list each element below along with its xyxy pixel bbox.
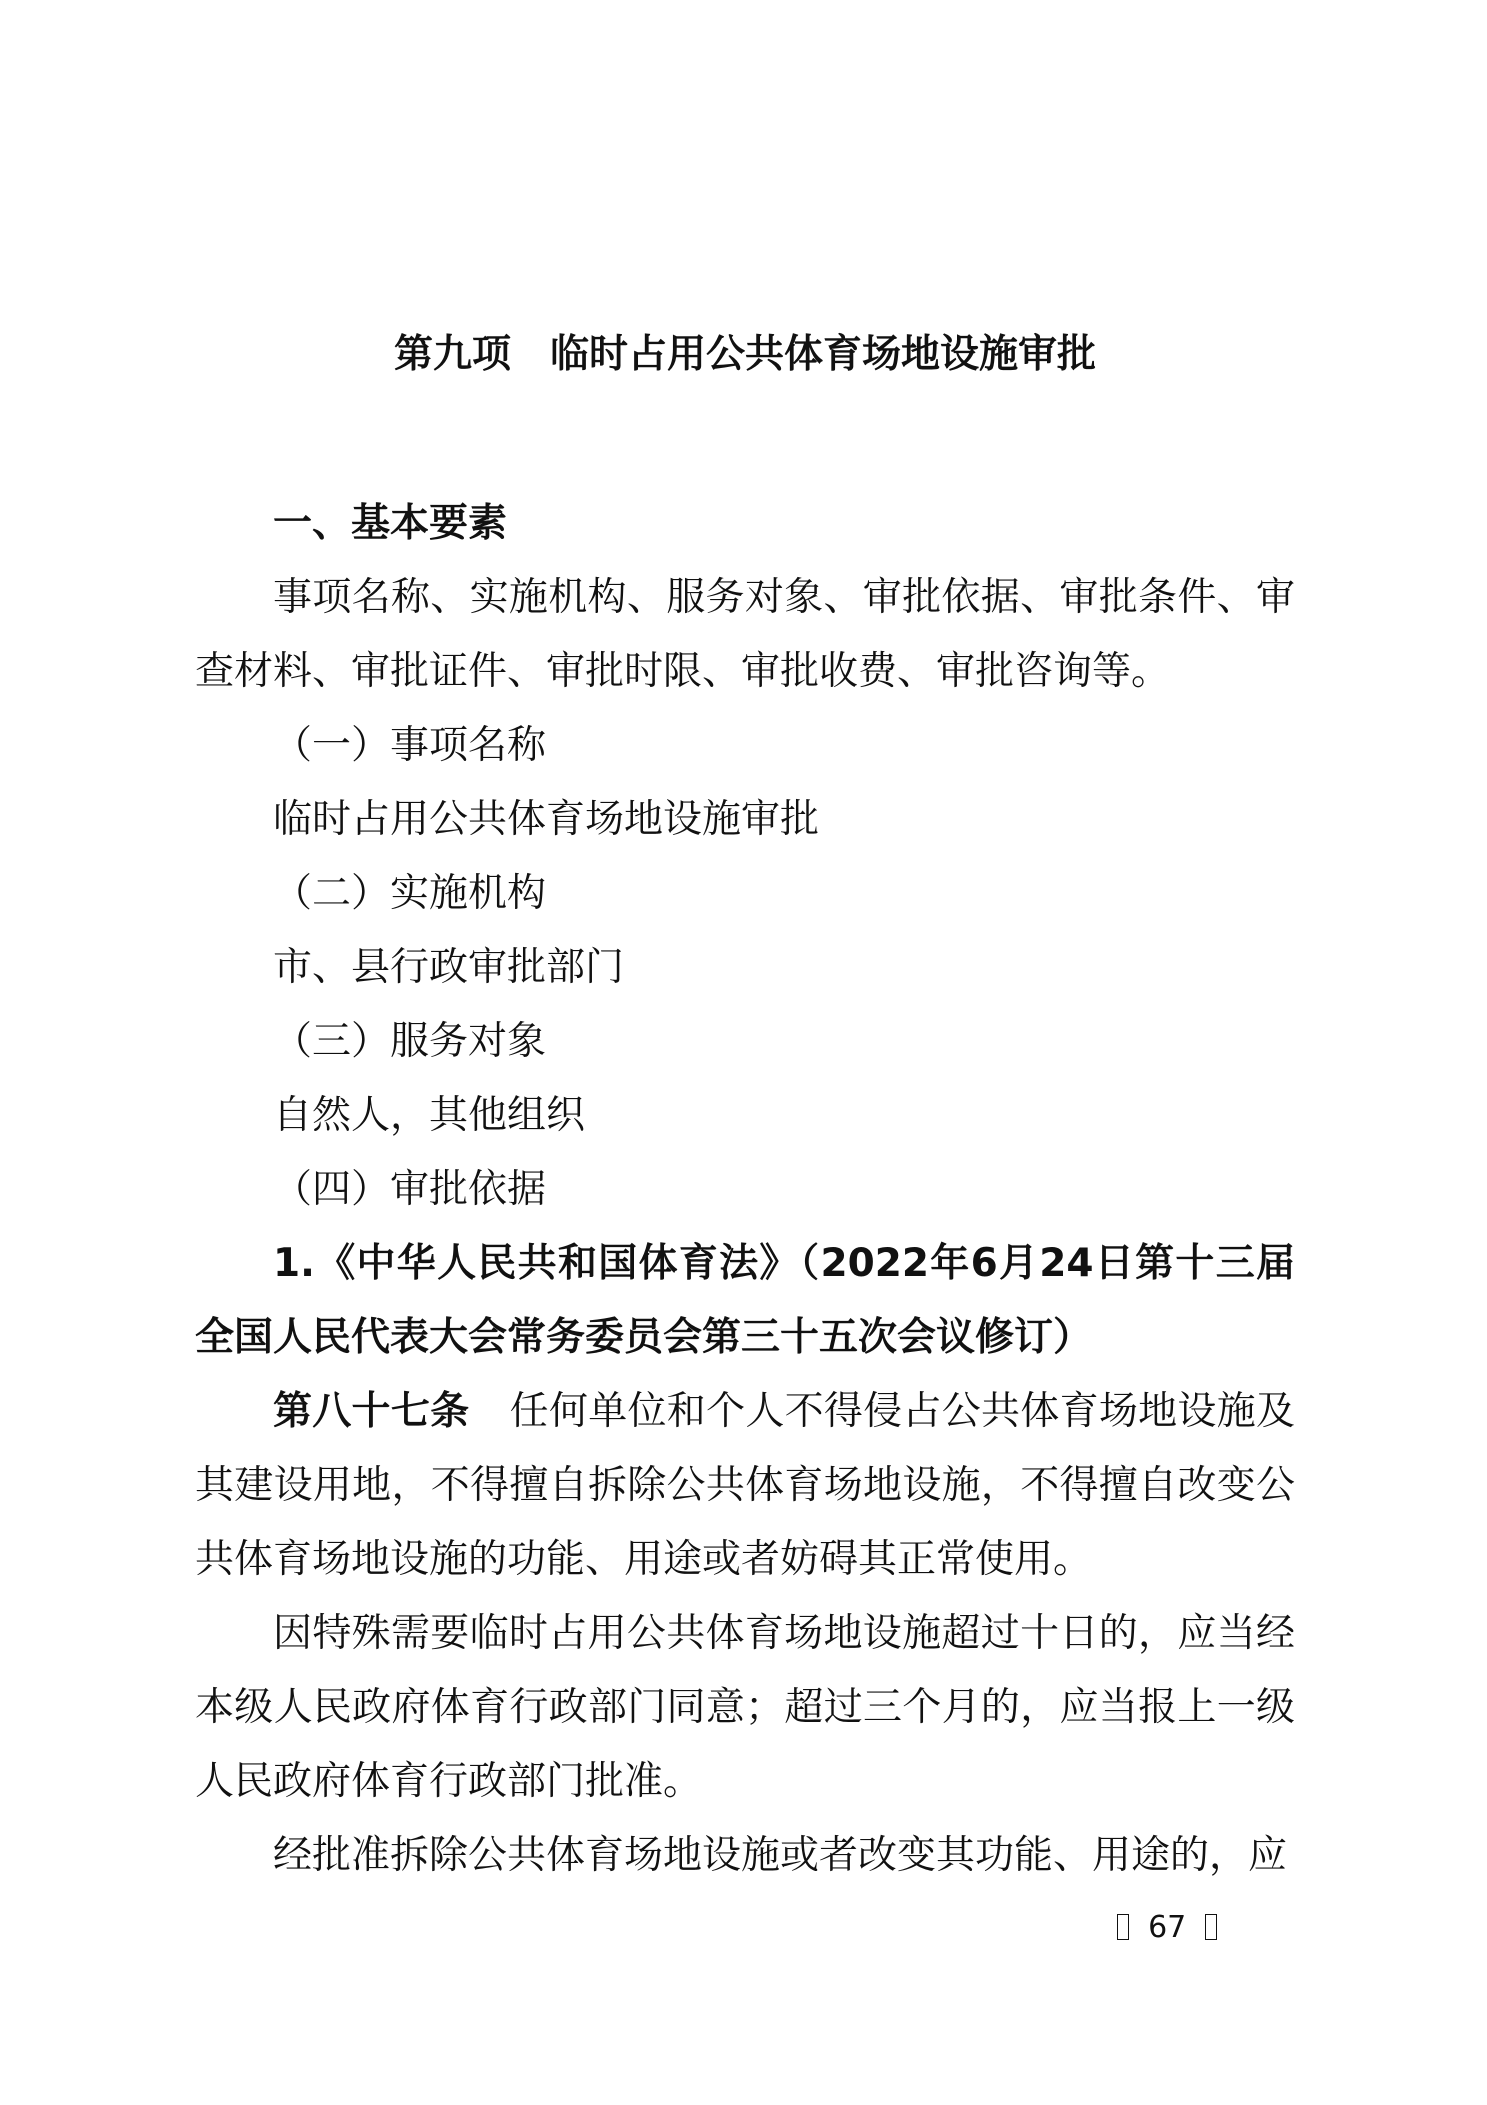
document-body: 一、基本要素 事项名称、实施机构、服务对象、审批依据、审批条件、审查材料、审批证… [195, 487, 1295, 1893]
item-heading-agency: （二）实施机构 [195, 857, 1295, 931]
section-heading-basic-elements: 一、基本要素 [195, 487, 1295, 561]
missing-glyph-icon [1205, 1914, 1217, 1940]
article-paragraph-3: 经批准拆除公共体育场地设施或者改变其功能、用途的，应 [195, 1819, 1295, 1893]
item-content-name: 临时占用公共体育场地设施审批 [195, 783, 1295, 857]
page-number: 67 [1117, 1908, 1217, 1948]
law-title: 1.《中华人民共和国体育法》（2022年6月24日第十三届全国人民代表大会常务委… [195, 1227, 1295, 1375]
item-heading-basis: （四）审批依据 [195, 1153, 1295, 1227]
article-87: 第八十七条任何单位和个人不得侵占公共体育场地设施及其建设用地，不得擅自拆除公共体… [195, 1375, 1295, 1597]
article-label: 第八十七条 [273, 1389, 469, 1434]
item-heading-name: （一）事项名称 [195, 709, 1295, 783]
item-heading-service-target: （三）服务对象 [195, 1005, 1295, 1079]
page-title: 第九项 临时占用公共体育场地设施审批 [195, 330, 1295, 380]
missing-glyph-icon [1117, 1914, 1129, 1940]
item-content-agency: 市、县行政审批部门 [195, 931, 1295, 1005]
item-content-service-target: 自然人，其他组织 [195, 1079, 1295, 1153]
article-paragraph-2: 因特殊需要临时占用公共体育场地设施超过十日的，应当经本级人民政府体育行政部门同意… [195, 1597, 1295, 1819]
section-intro: 事项名称、实施机构、服务对象、审批依据、审批条件、审查材料、审批证件、审批时限、… [195, 561, 1295, 709]
page-number-value: 67 [1148, 1910, 1186, 1945]
